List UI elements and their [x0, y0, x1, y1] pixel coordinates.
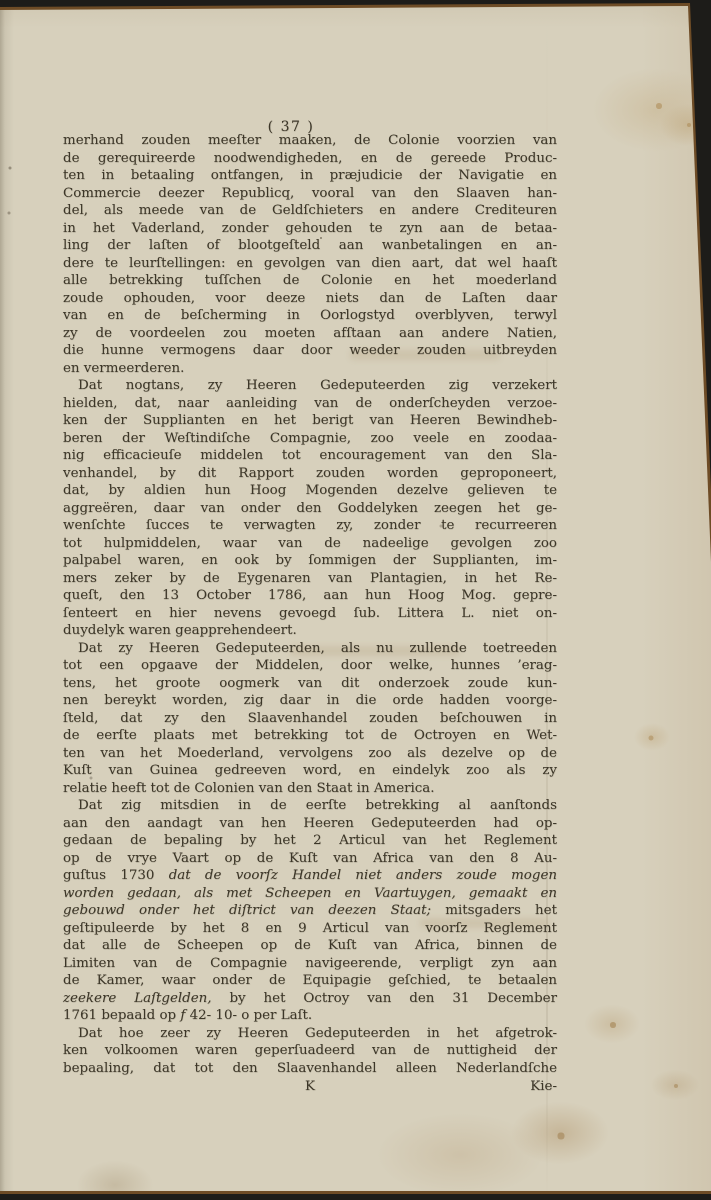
text-segment: Kuſt van Guinea gedreeven word, en einde… [63, 763, 557, 778]
text-line: de eerſte plaats met betrekking tot de O… [63, 727, 557, 745]
text-segment: ken der Supplianten en het berigt van He… [63, 413, 557, 428]
text-line: dat alle de Scheepen op de Kuſt van Afri… [63, 937, 557, 955]
text-line: ken volkoomen waren geperſuadeerd van de… [63, 1042, 557, 1060]
text-line: 1761 bepaald op f 42- 10- o per Laſt. [63, 1007, 557, 1025]
text-line: Dat hoe zeer zy Heeren Gedeputeerden in … [63, 1025, 557, 1043]
text-segment: relatie heeft tot de Colonien van den St… [63, 781, 435, 796]
signature-mark: K [63, 1079, 557, 1094]
text-segment: dat alle de Scheepen op de Kuſt van Afri… [63, 938, 557, 953]
text-line: queſt, den 13 October 1786, aan hun Hoog… [63, 587, 557, 605]
text-segment: nen bereykt worden, zig daar in die orde… [63, 693, 557, 708]
text-line: aan den aandagt van hen Heeren Gedeputee… [63, 815, 557, 833]
text-line: duydelyk waren geapprehendeert. [63, 622, 557, 640]
text-segment: ken volkoomen waren geperſuadeerd van de… [63, 1043, 557, 1058]
text-segment: tot een opgaave der Middelen, door welke… [63, 658, 557, 673]
text-line: van en de beſcherming in Oorlogstyd over… [63, 307, 557, 325]
text-line: mers zeker by de Eygenaren van Plantagie… [63, 570, 557, 588]
text-line: aggreëren, daar van onder den Goddelyken… [63, 500, 557, 518]
text-segment: venhandel, by dit Rapport zouden worden … [63, 466, 557, 481]
text-line: in het Vaderland, zonder gehouden te zyn… [63, 220, 557, 238]
text-segment: van en de beſcherming in Oorlogstyd over… [63, 308, 557, 323]
italic-text-segment: worden gedaan, als met Scheepen en Vaart… [63, 886, 557, 901]
text-line: tens, het groote oogmerk van dit onderzo… [63, 675, 557, 693]
text-segment: bepaaling, dat tot den Slaavenhandel all… [63, 1061, 557, 1076]
text-segment: tens, het groote oogmerk van dit onderzo… [63, 676, 557, 691]
text-segment: by het Octroy van den 31 December [212, 991, 557, 1006]
text-segment: gedaan de bepaling by het 2 Articul van … [63, 833, 557, 848]
scanned-book-page: ( 37 ) merhand zouden meeſter maaken, de… [0, 0, 711, 1200]
text-line: beren der Weſtindiſche Compagnie, zoo ve… [63, 430, 557, 448]
text-segment: guſtus 1730 [63, 868, 169, 883]
text-line: palpabel waren, en ook by ſommigen der S… [63, 552, 557, 570]
text-line: wenſchte ſucces te verwagten zy, zonder … [63, 517, 557, 535]
text-segment: mitsgaders het [431, 903, 557, 918]
text-line: hielden, dat, naar aanleiding van de ond… [63, 395, 557, 413]
text-segment: ten in betaaling ontfangen, in præjudici… [63, 168, 557, 183]
text-segment: en vermeerderen. [63, 361, 184, 376]
text-line: tot een opgaave der Middelen, door welke… [63, 657, 557, 675]
text-line: zoude ophouden, voor deeze niets dan de … [63, 290, 557, 308]
text-line: worden gedaan, als met Scheepen en Vaart… [63, 885, 557, 903]
text-segment: ſenteert en hier nevens gevoegd ſub. Lit… [63, 606, 557, 621]
text-line: de gerequireerde noodwendigheden, en de … [63, 150, 557, 168]
text-block: merhand zouden meeſter maaken, de Coloni… [63, 132, 557, 1077]
text-line: venhandel, by dit Rapport zouden worden … [63, 465, 557, 483]
text-segment: aggreëren, daar van onder den Goddelyken… [63, 501, 557, 516]
text-segment: nig efficacieuſe middelen tot encouragem… [63, 448, 557, 463]
text-segment: palpabel waren, en ook by ſommigen der S… [63, 553, 557, 568]
text-segment: aan den aandagt van hen Heeren Gedeputee… [63, 816, 557, 831]
paper-sheet: ( 37 ) merhand zouden meeſter maaken, de… [0, 0, 711, 1200]
text-segment: ſteld, dat zy den Slaavenhandel zouden b… [63, 711, 557, 726]
text-segment: merhand zouden meeſter maaken, de Coloni… [63, 133, 557, 148]
text-line: alle betrekking tuſſchen de Colonie en h… [63, 272, 557, 290]
text-line: ſenteert en hier nevens gevoegd ſub. Lit… [63, 605, 557, 623]
text-segment: ling der laſten of blootgeſteld aan wanb… [63, 238, 557, 253]
text-line: tot hulpmiddelen, waar van de nadeelige … [63, 535, 557, 553]
text-line: ten van het Moederland, vervolgens zoo a… [63, 745, 557, 763]
text-line: ling der laſten of blootgeſteld aan wanb… [63, 237, 557, 255]
text-segment: del, als meede van de Geldſchieters en a… [63, 203, 557, 218]
italic-text-segment: dat de voorſz Handel niet anders zoude m… [169, 868, 557, 883]
text-line: Dat zy Heeren Gedeputeerden, als nu zull… [63, 640, 557, 658]
italic-text-segment: zeekere Laſtgelden, [63, 991, 212, 1006]
text-segment: duydelyk waren geapprehendeert. [63, 623, 297, 638]
text-line: Dat nogtans, zy Heeren Gedeputeerden zig… [63, 377, 557, 395]
text-segment: die hunne vermogens daar door weeder zou… [63, 343, 557, 358]
catchword: Kie- [530, 1079, 557, 1094]
text-line: nen bereykt worden, zig daar in die orde… [63, 692, 557, 710]
text-line: nig efficacieuſe middelen tot encouragem… [63, 447, 557, 465]
text-line: de Kamer, waar onder de Equipagie geſchi… [63, 972, 557, 990]
text-segment: zy de voordeelen zou moeten afſtaan aan … [63, 326, 557, 341]
text-line: gedaan de bepaling by het 2 Articul van … [63, 832, 557, 850]
text-line: ken der Supplianten en het berigt van He… [63, 412, 557, 430]
text-segment: 42- 10- o per Laſt. [185, 1008, 312, 1023]
text-segment: dere te leurſtellingen: en gevolgen van … [63, 256, 557, 271]
text-line: bepaaling, dat tot den Slaavenhandel all… [63, 1060, 557, 1078]
text-line: relatie heeft tot de Colonien van den St… [63, 780, 557, 798]
signature-row: K Kie- [63, 1079, 557, 1097]
text-segment: Dat nogtans, zy Heeren Gedeputeerden zig… [78, 378, 557, 393]
text-segment: Limiten van de Compagnie navigeerende, v… [63, 956, 557, 971]
text-segment: hielden, dat, naar aanleiding van de ond… [63, 396, 557, 411]
text-segment: Dat zy Heeren Gedeputeerden, als nu zull… [78, 641, 557, 656]
text-line: guſtus 1730 dat de voorſz Handel niet an… [63, 867, 557, 885]
text-line: geſtipuleerde by het 8 en 9 Articul van … [63, 920, 557, 938]
text-line: Kuſt van Guinea gedreeven word, en einde… [63, 762, 557, 780]
text-segment: geſtipuleerde by het 8 en 9 Articul van … [63, 921, 557, 936]
text-segment: beren der Weſtindiſche Compagnie, zoo ve… [63, 431, 557, 446]
text-line: op de vrye Vaart op de Kuſt van Africa v… [63, 850, 557, 868]
text-line: Dat zig mitsdien in de eerſte betrekking… [63, 797, 557, 815]
text-line: dat, by aldien hun Hoog Mogenden dezelve… [63, 482, 557, 500]
text-line: Commercie deezer Republicq, vooral van d… [63, 185, 557, 203]
text-segment: alle betrekking tuſſchen de Colonie en h… [63, 273, 557, 288]
text-line: die hunne vermogens daar door weeder zou… [63, 342, 557, 360]
text-segment: Commercie deezer Republicq, vooral van d… [63, 186, 557, 201]
text-line: ten in betaaling ontfangen, in præjudici… [63, 167, 557, 185]
text-line: zy de voordeelen zou moeten afſtaan aan … [63, 325, 557, 343]
text-line: ſteld, dat zy den Slaavenhandel zouden b… [63, 710, 557, 728]
text-line: dere te leurſtellingen: en gevolgen van … [63, 255, 557, 273]
text-segment: Dat zig mitsdien in de eerſte betrekking… [78, 798, 557, 813]
text-segment: 1761 bepaald op [63, 1008, 180, 1023]
text-segment: de gerequireerde noodwendigheden, en de … [63, 151, 557, 166]
text-line: del, als meede van de Geldſchieters en a… [63, 202, 557, 220]
text-segment: op de vrye Vaart op de Kuſt van Africa v… [63, 851, 557, 866]
text-segment: queſt, den 13 October 1786, aan hun Hoog… [63, 588, 557, 603]
text-segment: mers zeker by de Eygenaren van Plantagie… [63, 571, 557, 586]
text-segment: tot hulpmiddelen, waar van de nadeelige … [63, 536, 557, 551]
text-segment: ten van het Moederland, vervolgens zoo a… [63, 746, 557, 761]
text-line: merhand zouden meeſter maaken, de Coloni… [63, 132, 557, 150]
text-line: zeekere Laſtgelden, by het Octroy van de… [63, 990, 557, 1008]
text-segment: dat, by aldien hun Hoog Mogenden dezelve… [63, 483, 557, 498]
italic-text-segment: gebouwd onder het diſtrict van deezen St… [63, 903, 431, 918]
text-line: en vermeerderen. [63, 360, 557, 378]
text-line: Limiten van de Compagnie navigeerende, v… [63, 955, 557, 973]
text-segment: de Kamer, waar onder de Equipagie geſchi… [63, 973, 557, 988]
text-line: gebouwd onder het diſtrict van deezen St… [63, 902, 557, 920]
text-segment: de eerſte plaats met betrekking tot de O… [63, 728, 557, 743]
text-segment: wenſchte ſucces te verwagten zy, zonder … [63, 518, 557, 533]
text-segment: Dat hoe zeer zy Heeren Gedeputeerden in … [78, 1026, 557, 1041]
text-segment: in het Vaderland, zonder gehouden te zyn… [63, 221, 557, 236]
text-segment: zoude ophouden, voor deeze niets dan de … [63, 291, 557, 306]
